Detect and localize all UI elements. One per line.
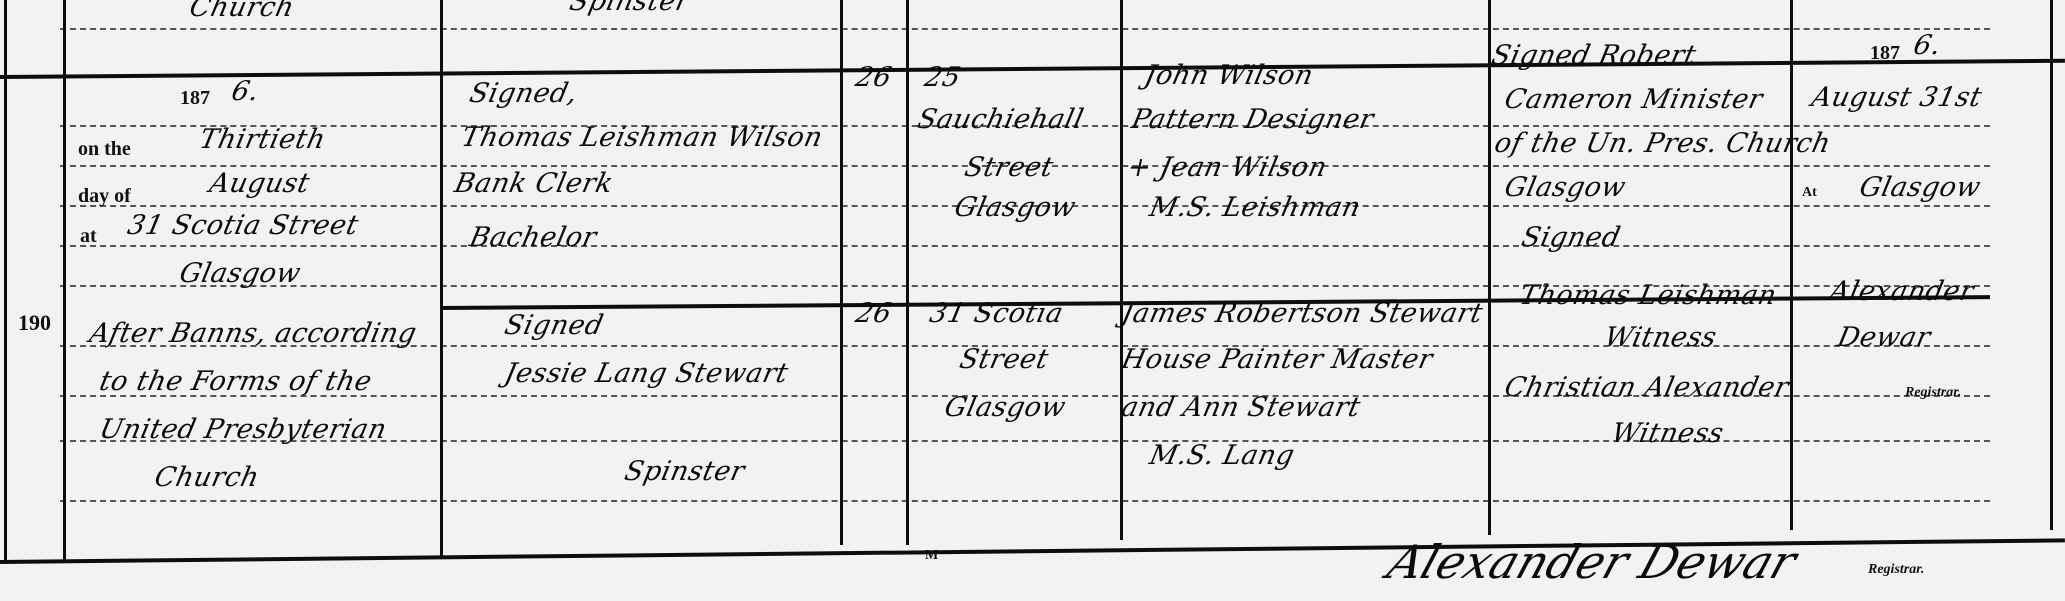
witness2-name: Christian Alexander (1502, 372, 1792, 403)
register-page: Church Spinster 190 187 6. on the Thirti… (0, 0, 2065, 601)
reg-date: August 31st (1809, 82, 1985, 113)
groom-name: Thomas Leishman Wilson (459, 122, 826, 153)
prev-entry-col2: Spinster (567, 0, 693, 17)
groom-parents-line4: M.S. Leishman (1147, 192, 1364, 223)
page-letter: M (925, 548, 938, 564)
marriage-day: Thirtieth (197, 124, 329, 155)
marriage-manner-line1: After Banns, according (87, 318, 420, 349)
marriage-place-line1: 31 Scotia Street (125, 210, 362, 241)
at-label: at (80, 225, 97, 248)
groom-residence-line3: Glasgow (952, 192, 1079, 223)
year-handwritten: 6. (229, 76, 262, 107)
groom-age: 26 (853, 62, 895, 93)
bride-status: Spinster (622, 456, 748, 487)
bride-signed: Signed (502, 310, 607, 341)
entry-number: 190 (18, 310, 51, 336)
groom-parents-line2: Pattern Designer (1129, 104, 1377, 135)
groom-parents-line1: John Wilson (1142, 60, 1317, 91)
bride-parents-line2: House Painter Master (1119, 344, 1436, 375)
bride-name: Jessie Lang Stewart (502, 358, 791, 389)
reg-at-label: At (1802, 185, 1817, 201)
groom-status: Bachelor (467, 222, 600, 253)
marriage-place-line2: Glasgow (177, 258, 304, 289)
bride-parents-line1: James Robertson Stewart (1119, 298, 1486, 329)
reg-year-printed: 187 (1870, 42, 1900, 65)
bride-residence-line3: Glasgow (942, 392, 1069, 423)
prev-entry-col1: Church (187, 0, 297, 23)
year-printed: 187 (180, 87, 210, 110)
officiant-line3: of the Un. Pres. Church (1492, 128, 1834, 159)
rule-top-entry (0, 59, 2065, 79)
on-the-label: on the (78, 138, 131, 161)
officiant-line2: Cameron Minister (1502, 84, 1766, 115)
officiant-line4: Glasgow (1502, 172, 1629, 203)
bride-residence-line2: Street (957, 344, 1052, 375)
marriage-manner-line2: to the Forms of the (97, 366, 375, 397)
marriage-manner-line4: Church (152, 462, 262, 493)
groom-occupation: Bank Clerk (452, 168, 616, 199)
reg-place: Glasgow (1857, 172, 1984, 203)
bride-age: 26 (853, 298, 895, 329)
bride-parents-line4: M.S. Lang (1147, 440, 1298, 471)
marriage-month: August (207, 168, 313, 199)
officiant-line1: Signed Robert (1489, 40, 1699, 71)
bride-residence-line1: 31 Scotia (927, 298, 1066, 329)
footer-registrar-label: Registrar. (1868, 562, 1924, 578)
bride-parents-line3: and Ann Stewart (1119, 392, 1364, 423)
reg-year-handwritten: 6. (1911, 30, 1944, 61)
witness-signed: Signed (1519, 222, 1624, 253)
day-of-label: day of (78, 185, 131, 208)
groom-signed: Signed, (467, 78, 581, 109)
marriage-manner-line3: United Presbyterian (97, 414, 390, 445)
witness2-label: Witness (1609, 418, 1727, 449)
registrar-name-line1: Alexander (1827, 276, 1977, 307)
witness1-label: Witness (1602, 322, 1720, 353)
registrar-label: Registrar. (1905, 385, 1961, 401)
registrar-signature: Alexander Dewar (1381, 535, 1803, 589)
groom-residence-line2: Street (962, 152, 1057, 183)
age-col-25: 25 (922, 62, 964, 93)
groom-parents-line3: + Jean Wilson (1125, 152, 1330, 183)
witness1-name: Thomas Leishman (1517, 280, 1780, 311)
groom-residence-line1: Sauchiehall (915, 104, 1087, 135)
registrar-name-line2: Dewar (1835, 322, 1934, 353)
